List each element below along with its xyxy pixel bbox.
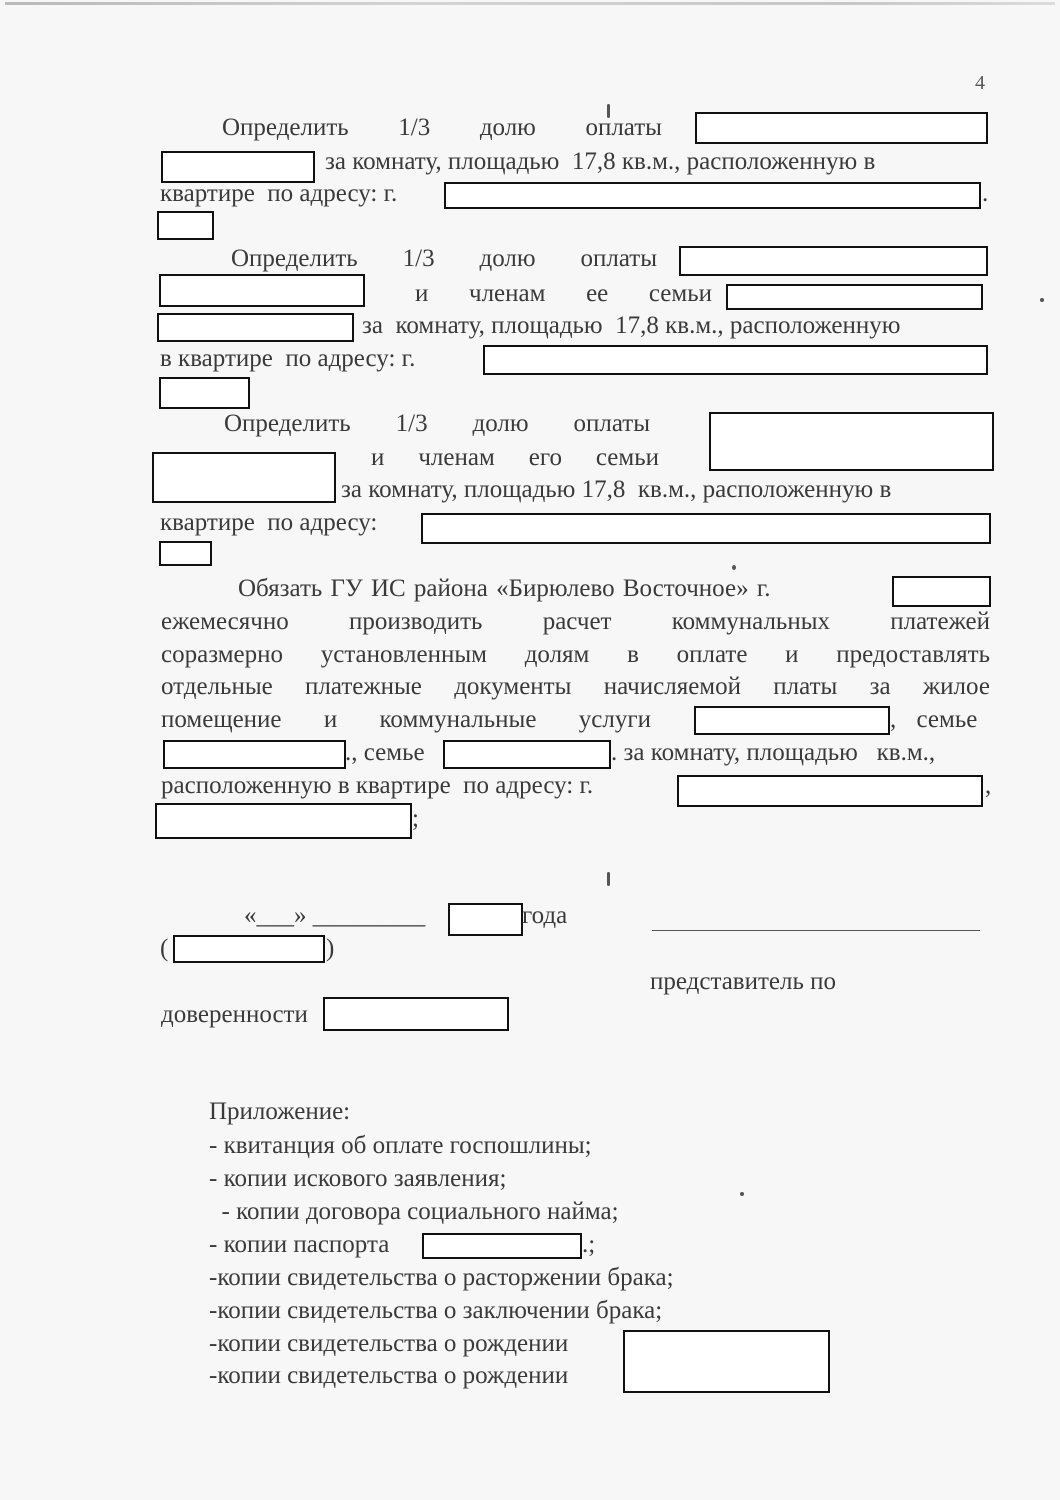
paragraph-4-line-6b: . за комнату, площадью кв.м.,: [611, 738, 935, 768]
word: жилое: [923, 672, 990, 702]
word: Определить: [222, 113, 349, 143]
word: и: [785, 640, 798, 670]
representative-label: представитель по: [650, 967, 836, 997]
paren-open: (: [160, 934, 168, 964]
date-field: «___» _________: [244, 901, 425, 931]
word: платы: [773, 672, 837, 702]
word: документы: [454, 672, 571, 702]
attachment-item: - копии паспорта: [209, 1230, 389, 1260]
word: Определить: [224, 409, 351, 439]
word: семьи: [596, 443, 659, 473]
paragraph-1-line-1: Определить 1/3 долю оплаты: [222, 113, 662, 143]
scan-speck: [607, 872, 610, 886]
redaction-box: [694, 706, 890, 735]
word: оплаты: [573, 409, 650, 439]
word: начисляемой: [604, 672, 741, 702]
word: Определить: [231, 244, 358, 274]
word: 1/3: [398, 113, 430, 143]
scan-speck: [607, 104, 610, 118]
word: долю: [473, 409, 529, 439]
word: членам: [418, 443, 494, 473]
word: производить: [349, 607, 482, 637]
word: 1/3: [403, 244, 435, 274]
word: платежей: [890, 607, 990, 637]
redaction-box: [157, 211, 214, 240]
redaction-box: [159, 274, 365, 307]
redaction-box: [173, 935, 325, 963]
redaction-box: [444, 182, 981, 209]
attachment-item: - квитанция об оплате госпошлины;: [209, 1131, 592, 1161]
word: 1/3: [396, 409, 428, 439]
punctuation: .;: [582, 1230, 595, 1260]
attachment-item: -копии свидетельства о рождении: [209, 1361, 568, 1391]
paragraph-3-line-4: квартире по адресу:: [160, 508, 377, 538]
punctuation: .: [982, 179, 988, 209]
scan-edge-line: [5, 2, 1055, 5]
paragraph-4-line-1: Обязать ГУ ИС района «Бирюлево Восточное…: [238, 574, 771, 604]
attachment-item: - копии искового заявления;: [209, 1164, 506, 1194]
redaction-box: [159, 541, 212, 566]
redaction-box: [709, 412, 994, 471]
paragraph-3-line-3: за комнату, площадью 17,8 кв.м., располо…: [341, 475, 891, 505]
word: платежные: [305, 672, 422, 702]
page-number: 4: [975, 72, 985, 95]
redaction-box: [421, 513, 991, 544]
redaction-box: [323, 997, 509, 1031]
redaction-box: [448, 903, 523, 936]
word: отдельные: [161, 672, 273, 702]
redaction-box: [152, 452, 336, 503]
word: и: [371, 443, 384, 473]
paragraph-1-line-2: за комнату, площадью 17,8 кв.м., располо…: [325, 147, 875, 177]
redaction-box: [443, 740, 611, 769]
word: долям: [525, 640, 590, 670]
punctuation: ,: [985, 771, 991, 801]
paragraph-4-line-4: отдельные платежные документы начисляемо…: [161, 672, 990, 702]
redaction-box: [695, 112, 988, 144]
power-of-attorney-label: доверенности: [161, 1000, 308, 1030]
word: оплаты: [580, 244, 657, 274]
year-suffix: года: [522, 901, 567, 931]
word: соразмерно: [161, 640, 283, 670]
word: и: [415, 279, 428, 309]
word: семьи: [649, 279, 712, 309]
word: расчет: [543, 607, 612, 637]
word: ее: [586, 279, 608, 309]
paragraph-2-line-3: за комнату, площадью 17,8 кв.м., располо…: [362, 311, 900, 341]
redaction-box: [726, 284, 983, 310]
word: помещение: [161, 705, 282, 735]
signature-line: [652, 930, 980, 931]
word: и: [324, 705, 337, 735]
paragraph-1-line-3: квартире по адресу: г.: [160, 179, 397, 209]
scan-speck: [1040, 298, 1044, 302]
word: коммунальные: [380, 705, 537, 735]
paragraph-3-line-1: Определить 1/3 долю оплаты: [224, 409, 650, 439]
word: услуги: [579, 705, 651, 735]
word: членам: [469, 279, 545, 309]
word: за: [870, 672, 891, 702]
word: оплаты: [585, 113, 662, 143]
attachment-item: -копии свидетельства о рождении: [209, 1329, 568, 1359]
redaction-box: [892, 576, 991, 607]
word: оплате: [677, 640, 748, 670]
word: его: [529, 443, 562, 473]
redaction-box: [623, 1330, 830, 1393]
paragraph-4-line-7: расположенную в квартире по адресу: г.: [161, 771, 593, 801]
paragraph-3-line-2: и членам его семьи: [371, 443, 659, 473]
paragraph-4-line-6a: ., семье: [345, 738, 425, 768]
paragraph-2-line-2: и членам ее семьи: [415, 279, 712, 309]
redaction-box: [483, 345, 988, 375]
punctuation: ;: [412, 804, 419, 834]
redaction-box: [159, 377, 250, 409]
word: в: [627, 640, 639, 670]
word: предоставлять: [836, 640, 990, 670]
word: долю: [480, 244, 536, 274]
paragraph-2-line-4: в квартире по адресу: г.: [160, 344, 415, 374]
attachment-item: -копии свидетельства о заключении брака;: [209, 1296, 662, 1326]
paren-close: ): [326, 934, 334, 964]
redaction-box: [157, 313, 354, 342]
paragraph-4-line-2: ежемесячно производить расчет коммунальн…: [161, 607, 990, 637]
attachments-heading: Приложение:: [209, 1097, 350, 1127]
paragraph-4-line-3: соразмерно установленным долям в оплате …: [161, 640, 990, 670]
redaction-box: [677, 775, 983, 807]
attachment-item: - копии договора социального найма;: [209, 1197, 619, 1227]
paragraph-4-line-5: помещение и коммунальные услуги: [161, 705, 651, 735]
redaction-box: [679, 246, 988, 276]
redaction-box: [422, 1233, 582, 1259]
paragraph-4-line-5-end: , семье: [890, 705, 977, 735]
scan-speck: [732, 565, 736, 570]
word: ежемесячно: [161, 607, 289, 637]
attachment-item: -копии свидетельства о расторжении брака…: [209, 1263, 674, 1293]
redaction-box: [163, 740, 346, 769]
scan-speck: [740, 1192, 744, 1196]
word: коммунальных: [672, 607, 830, 637]
word: установленным: [321, 640, 487, 670]
paragraph-2-line-1: Определить 1/3 долю оплаты: [231, 244, 657, 274]
word: долю: [480, 113, 536, 143]
redaction-box: [155, 803, 412, 839]
